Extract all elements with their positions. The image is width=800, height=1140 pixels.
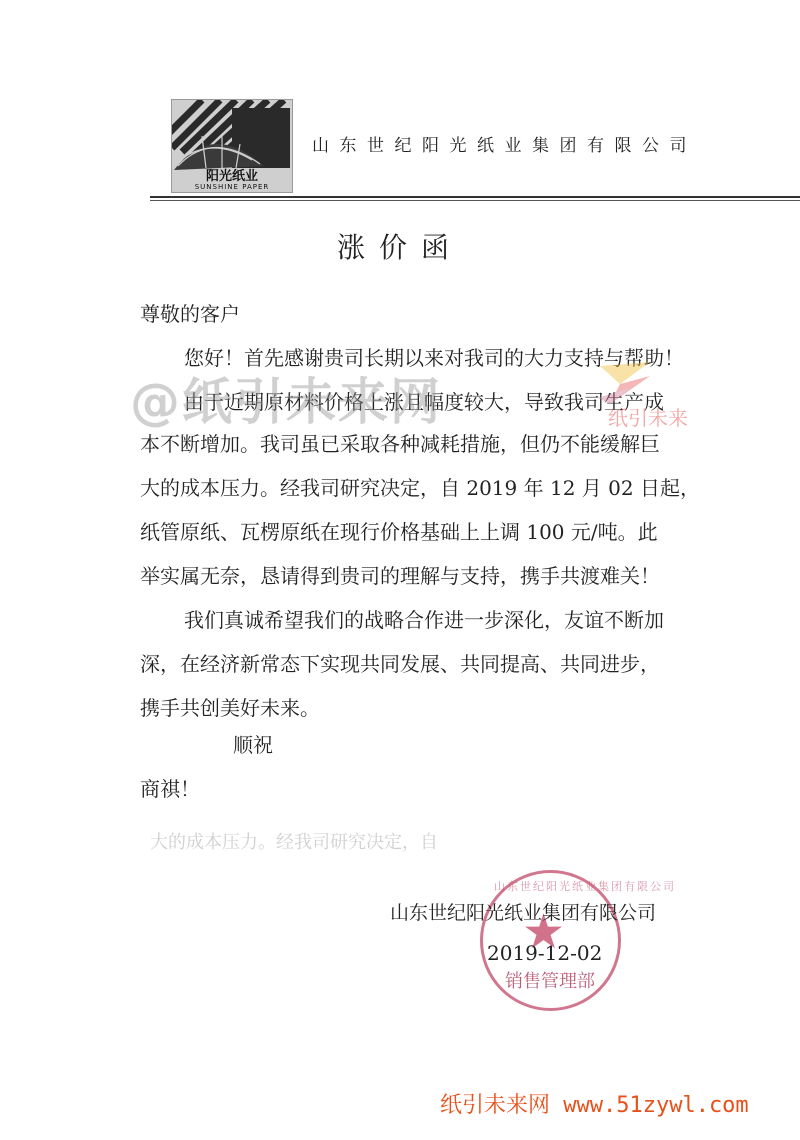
letterhead-divider-thin xyxy=(150,200,800,201)
letterhead-company-name: 山东世纪阳光纸业集团有限公司 xyxy=(312,131,697,156)
body-line-6: 举实属无奈，恳请得到贵司的理解与支持，携手共渡难关！ xyxy=(140,560,660,589)
body-line-9: 携手共创美好未来。 xyxy=(140,692,320,721)
sunshine-paper-logo-icon: 阳光纸业 SUNSHINE PAPER xyxy=(172,100,292,192)
body-line-5: 纸管原纸、瓦楞原纸在现行价格基础上上调 100 元/吨。此 xyxy=(140,516,658,545)
watermark-logo-icon xyxy=(590,358,660,408)
body-line-4: 大的成本压力。经我司研究决定，自 2019 年 12 月 02 日起， xyxy=(140,472,700,501)
signature-date: 2019-12-02 xyxy=(487,941,602,965)
body-line-7: 我们真诚希望我们的战略合作进一步深化，友谊不断加 xyxy=(184,604,664,633)
footer-watermark: 纸引未来网 www.51zywl.com xyxy=(440,1088,749,1119)
body-line-8: 深，在经济新常态下实现共同发展、共同提高、共同进步， xyxy=(140,648,660,677)
seal-ring-text: 山东世纪阳光纸业集团有限公司 xyxy=(494,878,676,894)
document-title: 涨价函 xyxy=(0,226,800,266)
company-logo: 阳光纸业 SUNSHINE PAPER xyxy=(171,99,293,193)
seal-department: 销售管理部 xyxy=(505,967,595,993)
closing-regards: 顺祝 xyxy=(233,729,273,758)
svg-text:SUNSHINE PAPER: SUNSHINE PAPER xyxy=(195,183,270,191)
watermark-small: 纸引未来 xyxy=(608,402,688,431)
signature-company: 山东世纪阳光纸业集团有限公司 xyxy=(390,898,656,925)
letterhead-divider xyxy=(150,196,800,198)
watermark-large: @纸引未来网 xyxy=(130,362,442,434)
salutation: 尊敬的客户 xyxy=(140,298,240,327)
svg-text:阳光纸业: 阳光纸业 xyxy=(206,168,258,184)
closing-wishes: 商祺！ xyxy=(140,773,200,802)
bleed-through-text: 大的成本压力。经我司研究决定，自 xyxy=(150,828,438,854)
